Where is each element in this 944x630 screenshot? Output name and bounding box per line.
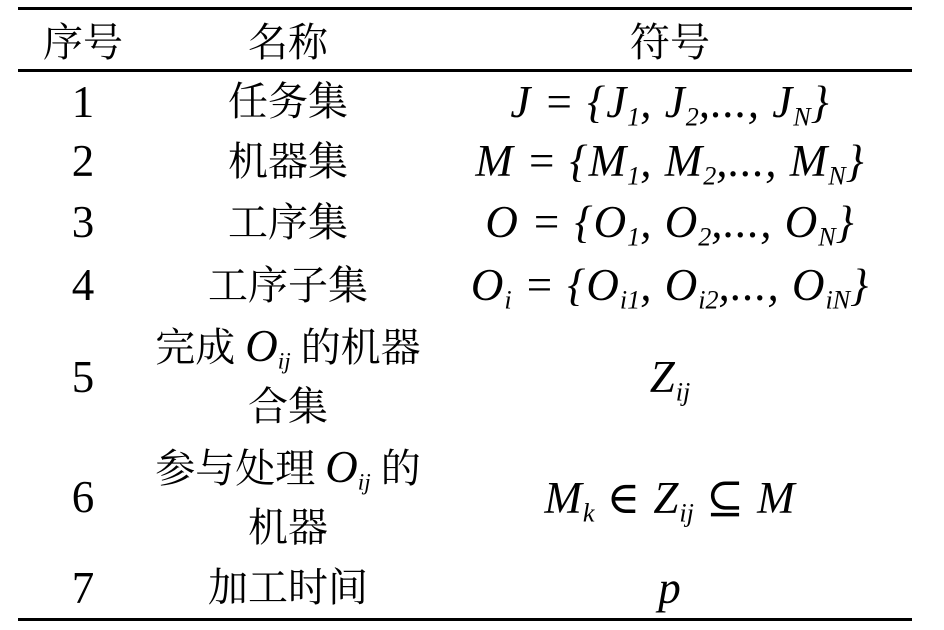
symbol-cell: Zij — [428, 317, 912, 436]
name-cell: 工序子集 — [148, 253, 428, 317]
name-cell: 工序集 — [148, 191, 428, 253]
serial-cell: 5 — [18, 317, 148, 436]
table-row: 4 工序子集 Oi = {Oi1, Oi2,..., OiN} — [18, 253, 912, 317]
table-row: 7 加工时间 p — [18, 558, 912, 619]
serial-cell: 4 — [18, 253, 148, 317]
table-row: 5 完成 Oij 的机器合集 Zij — [18, 317, 912, 436]
name-cell: 参与处理 Oij 的机器 — [148, 436, 428, 558]
column-header-name: 名称 — [148, 9, 428, 71]
name-cell: 加工时间 — [148, 558, 428, 619]
serial-cell: 6 — [18, 436, 148, 558]
name-line: 工序子集 — [148, 256, 428, 315]
symbol-cell: J = {J1, J2,..., JN} — [428, 71, 912, 132]
table-row: 6 参与处理 Oij 的机器 Mk ∈ Zij ⊆ M — [18, 436, 912, 558]
name-cell: 任务集 — [148, 71, 428, 132]
serial-cell: 7 — [18, 558, 148, 619]
symbol-cell: p — [428, 558, 912, 619]
notation-table: 序号 名称 符号 1 任务集 J = {J1, J2,..., JN} 2 机器… — [18, 7, 912, 621]
serial-cell: 1 — [18, 71, 148, 132]
column-header-symbol: 符号 — [428, 9, 912, 71]
name-line: 加工时间 — [148, 558, 428, 617]
serial-cell: 2 — [18, 131, 148, 191]
symbol-cell: M = {M1, M2,..., MN} — [428, 131, 912, 191]
column-header-serial: 序号 — [18, 9, 148, 71]
symbol-cell: Oi = {Oi1, Oi2,..., OiN} — [428, 253, 912, 317]
table-row: 2 机器集 M = {M1, M2,..., MN} — [18, 131, 912, 191]
symbol-cell: Mk ∈ Zij ⊆ M — [428, 436, 912, 558]
name-line: 机器 — [148, 498, 428, 557]
name-cell: 机器集 — [148, 131, 428, 191]
table-row: 3 工序集 O = {O1, O2,..., ON} — [18, 191, 912, 253]
name-line: 合集 — [148, 377, 428, 436]
name-line: 机器集 — [148, 132, 428, 191]
table-row: 1 任务集 J = {J1, J2,..., JN} — [18, 71, 912, 132]
name-line: 参与处理 Oij 的 — [148, 438, 428, 498]
page: 序号 名称 符号 1 任务集 J = {J1, J2,..., JN} 2 机器… — [0, 0, 944, 630]
name-line: 工序集 — [148, 193, 428, 252]
name-line: 完成 Oij 的机器 — [148, 317, 428, 377]
serial-cell: 3 — [18, 191, 148, 253]
symbol-cell: O = {O1, O2,..., ON} — [428, 191, 912, 253]
header-row: 序号 名称 符号 — [18, 9, 912, 71]
notation-table-wrapper: 序号 名称 符号 1 任务集 J = {J1, J2,..., JN} 2 机器… — [18, 7, 912, 621]
name-cell: 完成 Oij 的机器合集 — [148, 317, 428, 436]
name-line: 任务集 — [148, 72, 428, 131]
